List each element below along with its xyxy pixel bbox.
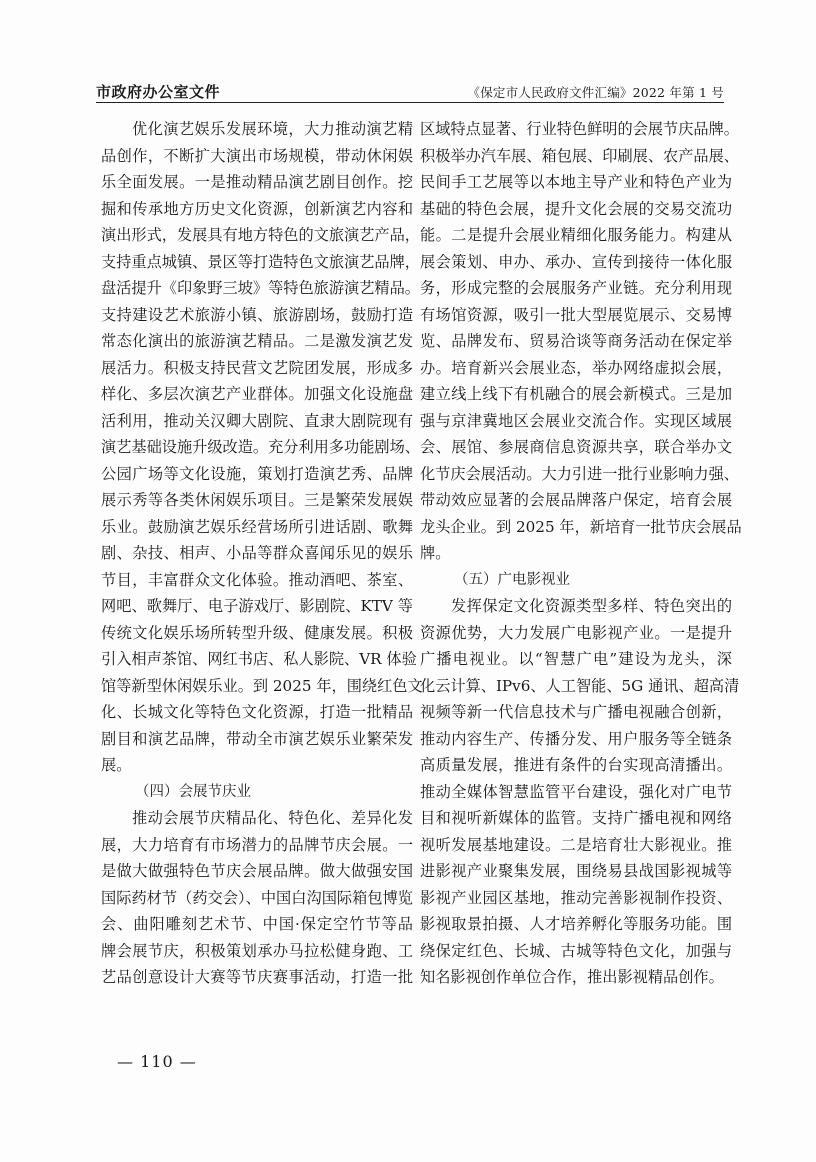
text-line: 传统文化娱乐场所转型升级、健康发展。积极: [101, 620, 413, 647]
text-line: 化云计算、IPv6、人工智能、5G 通讯、超高清: [420, 673, 732, 700]
text-line: 视听发展基地建设。二是培育壮大影视业。推: [420, 832, 732, 859]
text-line: 民间手工艺展等以本地主导产业和特色产业为: [420, 169, 732, 196]
text-line: 推动全媒体智慧监管平台建设，强化对广电节: [420, 779, 732, 806]
text-line: 支持建设艺术旅游小镇、旅游剧场，鼓励打造: [101, 302, 413, 329]
text-line: 馆等新型休闲娱乐业。到 2025 年，围绕红色文: [101, 673, 413, 700]
text-line: 会、展馆、参展商信息资源共享，联合举办文: [420, 434, 732, 461]
text-line: 展。: [101, 752, 413, 779]
text-line: 品创作，不断扩大演出市场规模，带动休闲娱: [101, 143, 413, 170]
running-header: 市政府办公室文件 《保定市人民政府文件汇编》2022 年第 1 号: [96, 80, 724, 103]
text-line: 会、曲阳雕刻艺术节、中国·保定空竹节等品: [101, 911, 413, 938]
text-line: 艺品创意设计大赛等节庆赛事活动，打造一批: [101, 964, 413, 991]
text-line: 公园广场等文化设施，策划打造演艺秀、品牌: [101, 461, 413, 488]
text-line: 建立线上线下有机融合的展会新模式。三是加: [420, 381, 732, 408]
text-line: 广播电视业。以“智慧广电”建设为龙头，深: [420, 646, 732, 673]
text-line: 发挥保定文化资源类型多样、特色突出的: [420, 593, 732, 620]
left-column: 优化演艺娱乐发展环境，大力推动演艺精品创作，不断扩大演出市场规模，带动休闲娱乐全…: [101, 116, 413, 991]
text-line: 有场馆资源，吸引一批大型展览展示、交易博: [420, 302, 732, 329]
text-line: 积极举办汽车展、箱包展、印刷展、农产品展、: [420, 143, 732, 170]
text-line: 知名影视创作单位合作，推出影视精品创作。: [420, 964, 732, 991]
text-line: 牌会展节庆，积极策划承办马拉松健身跑、工: [101, 938, 413, 965]
text-line: 推动内容生产、传播分发、用户服务等全链条: [420, 726, 732, 753]
text-line: 样化、多层次演艺产业群体。加强文化设施盘: [101, 381, 413, 408]
text-line: 带动效应显著的会展品牌落户保定，培育会展: [420, 487, 732, 514]
text-line: 展会策划、申办、承办、宣传到接待一体化服: [420, 249, 732, 276]
text-line: 展活力。积极支持民营文艺院团发展，形成多: [101, 355, 413, 382]
section-heading: （四）会展节庆业: [101, 779, 413, 806]
text-line: 推动会展节庆精品化、特色化、差异化发: [101, 805, 413, 832]
text-line: 览、品牌发布、贸易洽谈等商务活动在保定举: [420, 328, 732, 355]
text-line: 进影视产业聚集发展，围绕易县战国影视城等: [420, 858, 732, 885]
text-line: 龙头企业。到 2025 年，新培育一批节庆会展品: [420, 514, 732, 541]
text-line: 化、长城文化等特色文化资源，打造一批精品: [101, 699, 413, 726]
header-left-title: 市政府办公室文件: [96, 81, 220, 102]
text-line: 优化演艺娱乐发展环境，大力推动演艺精: [101, 116, 413, 143]
text-line: 高质量发展，推进有条件的台实现高清播出。: [420, 752, 732, 779]
right-column: 区域特点显著、行业特色鲜明的会展节庆品牌。积极举办汽车展、箱包展、印刷展、农产品…: [420, 116, 732, 991]
text-line: 乐业。鼓励演艺娱乐经营场所引进话剧、歌舞: [101, 514, 413, 541]
section-heading: （五）广电影视业: [420, 567, 732, 594]
text-line: 剧、杂技、相声、小品等群众喜闻乐见的娱乐: [101, 540, 413, 567]
text-line: 掘和传承地方历史文化资源，创新演艺内容和: [101, 196, 413, 223]
text-line: 视频等新一代信息技术与广播电视融合创新，: [420, 699, 732, 726]
text-line: 牌。: [420, 540, 732, 567]
text-line: 资源优势，大力发展广电影视产业。一是提升: [420, 620, 732, 647]
text-line: 务，形成完整的会展服务产业链。充分利用现: [420, 275, 732, 302]
header-right-title: 《保定市人民政府文件汇编》2022 年第 1 号: [468, 83, 725, 101]
text-line: 乐全面发展。一是推动精品演艺剧目创作。挖: [101, 169, 413, 196]
text-line: 演出形式，发展具有地方特色的文旅演艺产品，: [101, 222, 413, 249]
text-line: 引入相声茶馆、网红书店、私人影院、VR 体验: [101, 646, 413, 673]
text-line: 化节庆会展活动。大力引进一批行业影响力强、: [420, 461, 732, 488]
text-line: 展，大力培育有市场潜力的品牌节庆会展。一: [101, 832, 413, 859]
text-line: 国际药材节（药交会）、中国白沟国际箱包博览: [101, 885, 413, 912]
text-line: 支持重点城镇、景区等打造特色文旅演艺品牌，: [101, 249, 413, 276]
text-line: 活利用，推动关汉卿大剧院、直隶大剧院现有: [101, 408, 413, 435]
text-line: 影视产业园区基地，推动完善影视制作投资、: [420, 885, 732, 912]
text-line: 强与京津冀地区会展业交流合作。实现区域展: [420, 408, 732, 435]
text-line: 常态化演出的旅游演艺精品。二是激发演艺发: [101, 328, 413, 355]
text-line: 节目，丰富群众文化体验。推动酒吧、茶室、: [101, 567, 413, 594]
text-line: 办。培育新兴会展业态，举办网络虚拟会展，: [420, 355, 732, 382]
text-line: 盘活提升《印象野三坡》等特色旅游演艺精品。: [101, 275, 413, 302]
text-line: 目和视听新媒体的监管。支持广播电视和网络: [420, 805, 732, 832]
text-line: 演艺基础设施升级改造。充分利用多功能剧场、: [101, 434, 413, 461]
text-line: 影视取景拍摄、人才培养孵化等服务功能。围: [420, 911, 732, 938]
text-line: 展示秀等各类休闲娱乐项目。三是繁荣发展娱: [101, 487, 413, 514]
text-line: 区域特点显著、行业特色鲜明的会展节庆品牌。: [420, 116, 732, 143]
page-number: — 110 —: [117, 1052, 197, 1071]
text-line: 基础的特色会展，提升文化会展的交易交流功: [420, 196, 732, 223]
text-line: 是做大做强特色节庆会展品牌。做大做强安国: [101, 858, 413, 885]
text-line: 绕保定红色、长城、古城等特色文化，加强与: [420, 938, 732, 965]
text-line: 剧目和演艺品牌，带动全市演艺娱乐业繁荣发: [101, 726, 413, 753]
text-line: 网吧、歌舞厅、电子游戏厅、影剧院、KTV 等: [101, 593, 413, 620]
text-line: 能。二是提升会展业精细化服务能力。构建从: [420, 222, 732, 249]
